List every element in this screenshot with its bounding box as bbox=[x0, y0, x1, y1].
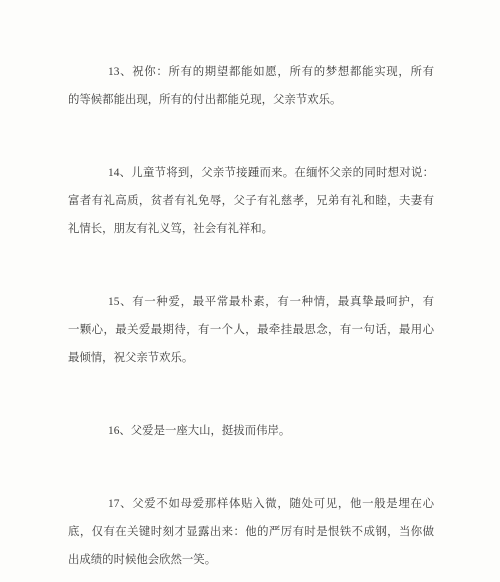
paragraph-13: 13、祝你：所有的期望都能如愿，所有的梦想都能实现，所有的等候都能出现，所有的付… bbox=[68, 58, 434, 114]
paragraph-17: 17、父爱不如母爱那样体贴入微，随处可见，他一般是埋在心底，仅有在关键时刻才显露… bbox=[68, 490, 434, 574]
text-line: 一颗心，最关爱最期待，有一个人，最牵挂最思念，有一句话，最用心 bbox=[68, 316, 434, 344]
paragraph-14: 14、儿童节将到，父亲节接踵而来。在缅怀父亲的同时想对说：富者有礼高质，贫者有礼… bbox=[68, 159, 434, 243]
text-line: 礼情长，朋友有礼义笃，社会有礼祥和。 bbox=[68, 215, 434, 243]
text-line: 最倾情，祝父亲节欢乐。 bbox=[68, 344, 434, 372]
text-line: 出成绩的时候他会欣然一笑。 bbox=[68, 546, 434, 574]
paragraph-15: 15、有一种爱，最平常最朴素，有一种情，最真挚最呵护，有一颗心，最关爱最期待，有… bbox=[68, 288, 434, 372]
text-line: 17、父爱不如母爱那样体贴入微，随处可见，他一般是埋在心 bbox=[68, 490, 434, 518]
paragraph-16: 16、父爱是一座大山，挺拔而伟岸。 bbox=[68, 417, 434, 445]
text-line: 16、父爱是一座大山，挺拔而伟岸。 bbox=[68, 417, 434, 445]
text-line: 底，仅有在关键时刻才显露出来：他的严厉有时是恨铁不成钢，当你做 bbox=[68, 518, 434, 546]
document-page: 13、祝你：所有的期望都能如愿，所有的梦想都能实现，所有的等候都能出现，所有的付… bbox=[0, 0, 500, 582]
text-line: 13、祝你：所有的期望都能如愿，所有的梦想都能实现，所有 bbox=[68, 58, 434, 86]
text-line: 的等候都能出现，所有的付出都能兑现，父亲节欢乐。 bbox=[68, 86, 434, 114]
document-content: 13、祝你：所有的期望都能如愿，所有的梦想都能实现，所有的等候都能出现，所有的付… bbox=[0, 0, 500, 574]
text-line: 15、有一种爱，最平常最朴素，有一种情，最真挚最呵护，有 bbox=[68, 288, 434, 316]
text-line: 14、儿童节将到，父亲节接踵而来。在缅怀父亲的同时想对说： bbox=[68, 159, 434, 187]
text-line: 富者有礼高质，贫者有礼免辱，父子有礼慈孝，兄弟有礼和睦，夫妻有 bbox=[68, 187, 434, 215]
